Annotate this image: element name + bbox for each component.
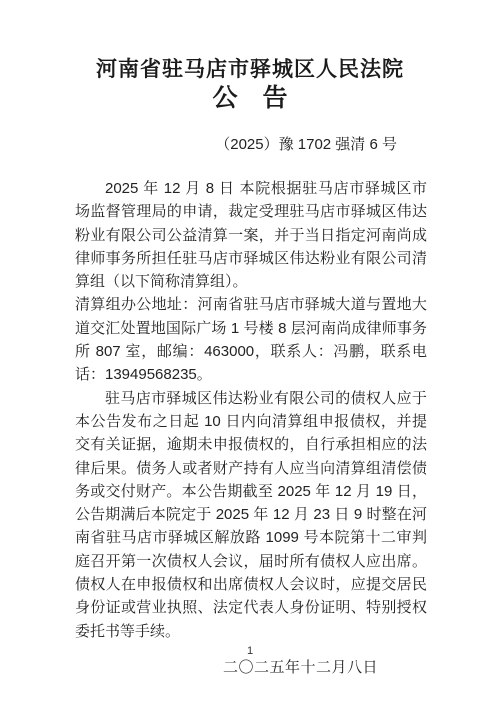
paragraph-creditor-notice: 驻马店市驿城区伟达粉业有限公司的债权人应于本公告发布之日起 10 日内向清算组申… [75, 387, 427, 643]
page-number: 1 [0, 645, 500, 657]
paragraph-liquidation-office-contact: 清算组办公地址：河南省驻马店市驿城大道与置地大道交汇处置地国际广场 1 号楼 8… [75, 293, 427, 386]
case-number: （2025）豫 1702 强清 6 号 [0, 135, 500, 155]
document-body: 2025 年 12 月 8 日 本院根据驻马店市驿城区市场监督管理局的申请，裁定… [0, 177, 500, 643]
announcement-title: 公 告 [0, 83, 500, 113]
document-page: 河南省驻马店市驿城区人民法院 公 告 （2025）豫 1702 强清 6 号 2… [0, 0, 500, 707]
date-line: 二〇二五年十二月八日 [0, 656, 500, 679]
paragraph-ruling: 2025 年 12 月 8 日 本院根据驻马店市驿城区市场监督管理局的申请，裁定… [75, 177, 427, 293]
document-header: 河南省驻马店市驿城区人民法院 公 告 [0, 57, 500, 113]
court-name: 河南省驻马店市驿城区人民法院 [0, 57, 500, 83]
